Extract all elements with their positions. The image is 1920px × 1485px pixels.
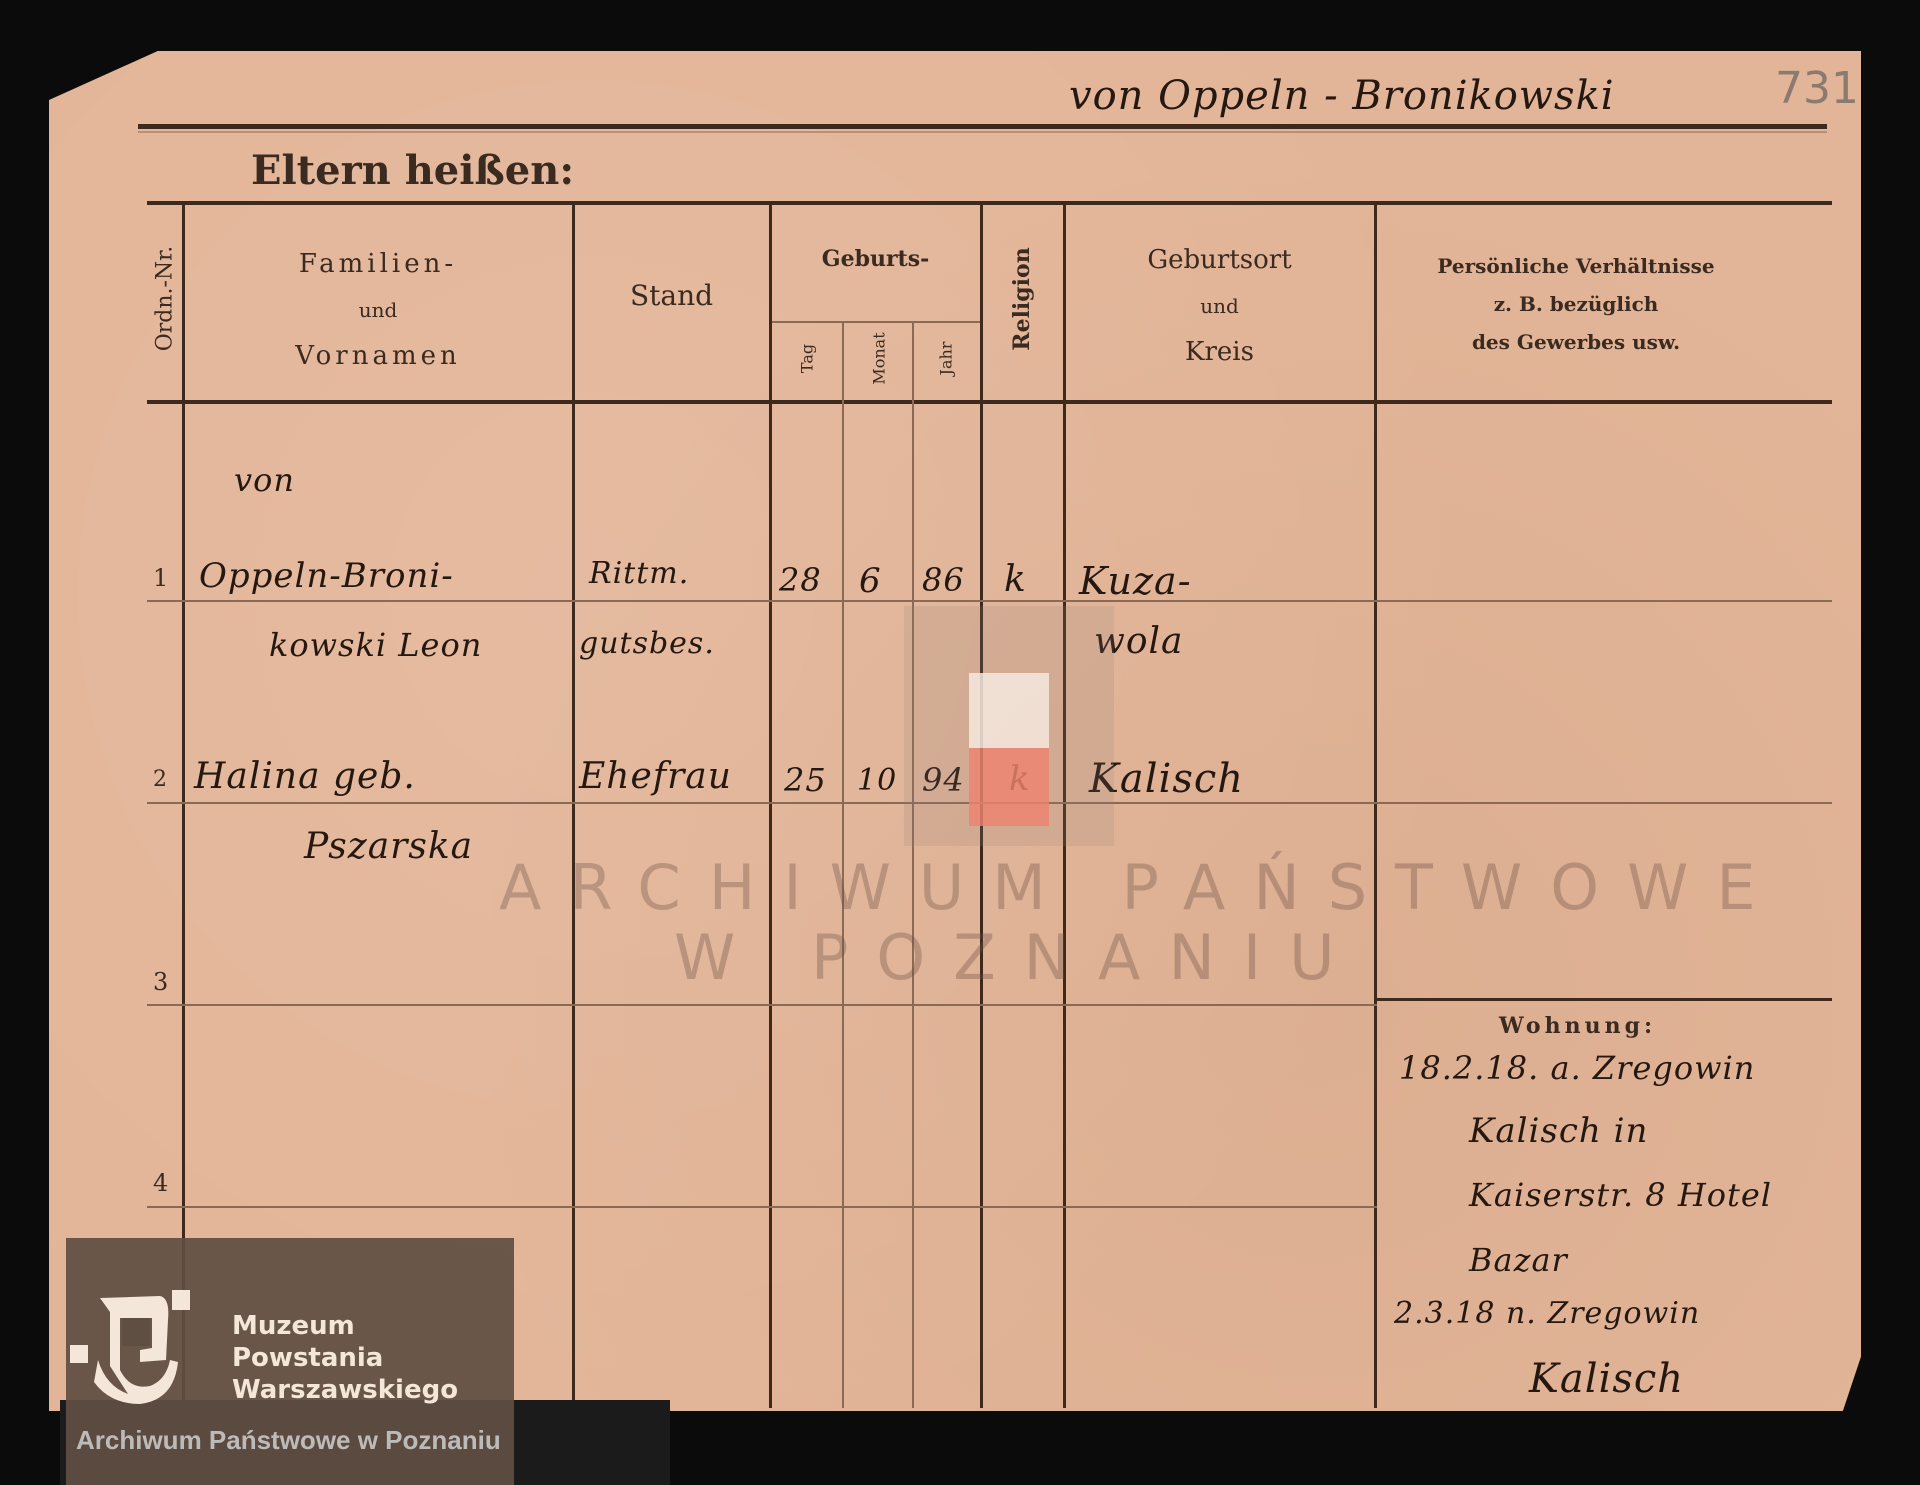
col-line-1 bbox=[182, 203, 185, 1408]
row2-monat: 10 bbox=[857, 763, 897, 798]
header-stand: Stand bbox=[574, 279, 769, 312]
header-jahr: Jahr bbox=[937, 334, 956, 384]
wohnung-line1: 18.2.18. a. Zregowin bbox=[1399, 1049, 1755, 1087]
row2-name-line1: Halina geb. bbox=[194, 756, 416, 797]
row1-ort-line1: Kuza- bbox=[1079, 559, 1192, 603]
header-monat: Monat bbox=[870, 329, 889, 389]
wohnung-line2: Kalisch in bbox=[1469, 1111, 1648, 1151]
row1-tag: 28 bbox=[779, 561, 822, 599]
row-number-2: 2 bbox=[153, 767, 167, 792]
wohnung-rule bbox=[1376, 998, 1832, 1001]
row1-name-prefix: von bbox=[234, 461, 295, 499]
museum-name-line1: Muzeum bbox=[232, 1310, 458, 1342]
row1-name-line1: Oppeln-Broni- bbox=[199, 556, 454, 596]
header-verhaeltnisse: Persönliche Verhältnisse z. B. bezüglich… bbox=[1376, 247, 1776, 361]
header-geburtsort-line1: Geburtsort bbox=[1065, 237, 1374, 283]
row-line-3 bbox=[147, 1004, 1377, 1006]
museum-name: Muzeum Powstania Warszawskiego bbox=[232, 1310, 458, 1406]
row-line-1 bbox=[147, 600, 1832, 602]
row1-stand-line1: Rittm. bbox=[589, 556, 689, 591]
row2-name-line2: Pszarska bbox=[304, 826, 473, 867]
wohnung-line4: Bazar bbox=[1469, 1241, 1568, 1279]
row1-monat: 6 bbox=[859, 561, 882, 601]
wohnung-line5: 2.3.18 n. Zregowin bbox=[1394, 1296, 1700, 1331]
document-paper: von Oppeln - Bronikowski 731 Eltern heiß… bbox=[49, 51, 1861, 1411]
section-title: Eltern heißen: bbox=[251, 147, 574, 194]
row1-stand-line2: gutsbes. bbox=[579, 626, 715, 661]
museum-name-line3: Warszawskiego bbox=[232, 1374, 458, 1406]
header-top-rule bbox=[147, 201, 1832, 205]
flag-white-half bbox=[969, 673, 1049, 748]
row-number-3: 3 bbox=[153, 968, 168, 996]
row-line-4 bbox=[147, 1206, 1377, 1208]
watermark-line2: W POZNANIU bbox=[674, 921, 1363, 994]
museum-name-line2: Powstania bbox=[232, 1342, 458, 1374]
archive-number: 731 bbox=[1775, 63, 1859, 114]
header-bottom-rule bbox=[147, 400, 1832, 404]
wohnung-line3: Kaiserstr. 8 Hotel bbox=[1469, 1176, 1772, 1214]
wohnung-line6: Kalisch bbox=[1529, 1356, 1684, 1402]
header-verhaeltnisse-line1: Persönliche Verhältnisse bbox=[1376, 247, 1776, 285]
header-religion: Religion bbox=[1009, 244, 1035, 354]
row1-religion: k bbox=[1004, 559, 1027, 600]
anchor-logo-icon bbox=[70, 1290, 190, 1410]
header-names-line2: und bbox=[184, 287, 572, 333]
header-annotation: von Oppeln - Bronikowski bbox=[1069, 73, 1615, 119]
col-line-2 bbox=[572, 203, 575, 1408]
wohnung-label: Wohnung: bbox=[1499, 1013, 1656, 1039]
header-names: Familien- und Vornamen bbox=[184, 241, 572, 379]
watermark-line1: ARCHIWUM PAŃSTWOWE bbox=[499, 851, 1784, 924]
row2-stand-line1: Ehefrau bbox=[579, 756, 732, 797]
row1-jahr: 86 bbox=[922, 561, 965, 599]
col-line-6 bbox=[1374, 203, 1377, 1408]
col-line-3 bbox=[769, 203, 772, 1408]
row2-tag: 25 bbox=[784, 761, 827, 799]
archive-credit: Archiwum Państwowe w Poznaniu bbox=[76, 1425, 501, 1456]
header-geburtsort-line3: Kreis bbox=[1065, 329, 1374, 375]
row1-name-line2: kowski Leon bbox=[269, 626, 482, 664]
header-verhaeltnisse-line2: z. B. bezüglich bbox=[1376, 285, 1776, 323]
header-verhaeltnisse-line3: des Gewerbes usw. bbox=[1376, 323, 1776, 361]
top-rule bbox=[138, 124, 1827, 129]
row-number-1: 1 bbox=[153, 564, 168, 592]
header-names-line1: Familien- bbox=[184, 241, 572, 287]
geburts-sub-rule bbox=[771, 321, 981, 323]
header-ordn-nr: Ordn.-Nr. bbox=[153, 239, 178, 359]
header-names-line3: Vornamen bbox=[184, 333, 572, 379]
header-geburtsort-line2: und bbox=[1065, 283, 1374, 329]
header-geburts: Geburts- bbox=[771, 246, 980, 272]
header-geburtsort: Geburtsort und Kreis bbox=[1065, 237, 1374, 375]
header-tag: Tag bbox=[798, 334, 817, 384]
row-number-4: 4 bbox=[153, 1169, 168, 1197]
flag-red-half bbox=[969, 748, 1049, 826]
top-rule-shadow bbox=[138, 131, 1827, 133]
